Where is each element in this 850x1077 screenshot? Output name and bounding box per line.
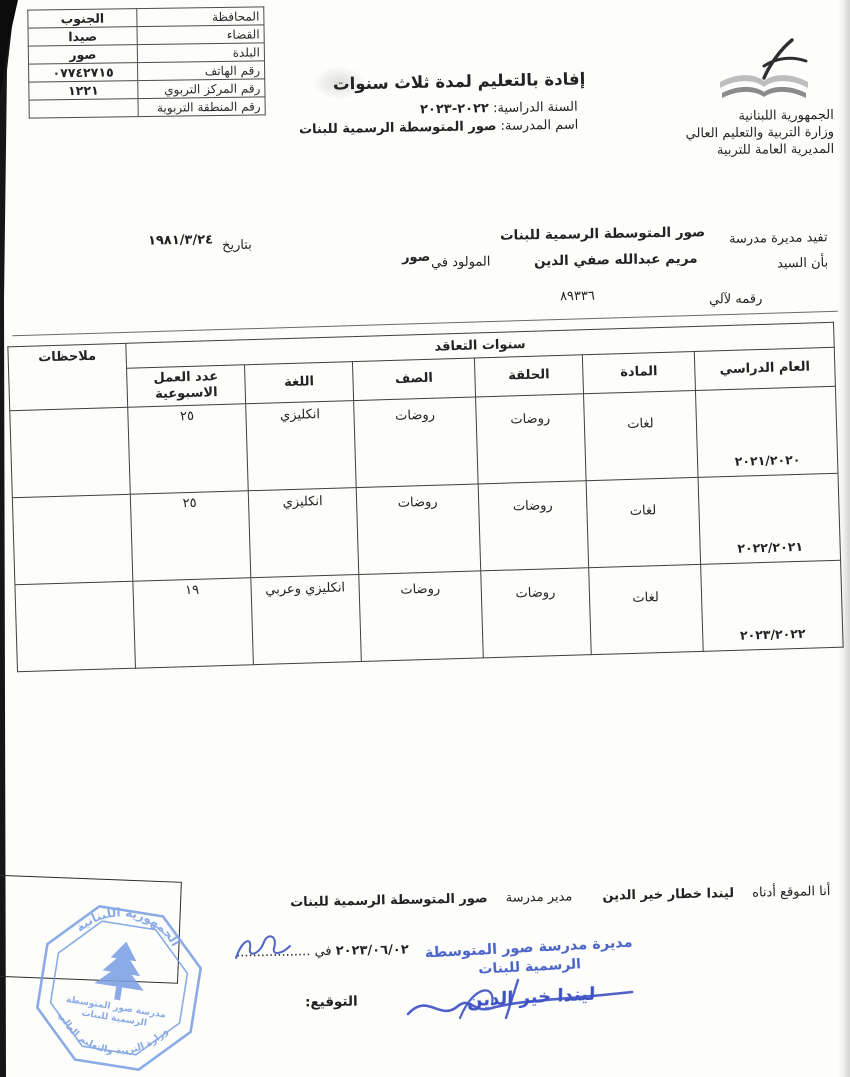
handwritten-place-scribble — [232, 928, 296, 968]
scanned-document-page: المحافظة الجنوب القضاء صيدا البلدة صور ر… — [0, 0, 850, 1077]
ministry-header: الجمهورية اللبنانية وزارة التربية والتعل… — [614, 107, 835, 160]
col-weekly-hours: عدد العمل الاسبوعية — [127, 365, 246, 407]
cell-year: ٢٠٢١/٢٠٢٠ — [695, 386, 838, 477]
cell-grade: روضات — [359, 571, 484, 662]
school-name-label: اسم المدرسة: — [500, 118, 578, 134]
auto-number-label: رقمه لآلي — [709, 292, 763, 308]
cell-language: انكليزي وعربي — [251, 575, 362, 665]
declaration-role: مدير مدرسة — [505, 889, 572, 905]
cell-weekly-hours: ٢٥ — [128, 404, 249, 494]
cell-subject: لغات — [589, 564, 704, 654]
cell-notes — [10, 407, 131, 497]
cell-year: ٢٠٢٢/٢٠٢١ — [698, 473, 841, 564]
cell-notes — [12, 494, 133, 584]
region-label: المحافظة — [137, 7, 264, 27]
birthplace-value: صور — [402, 250, 430, 265]
cell-cycle: روضات — [476, 394, 587, 484]
region-info-table: المحافظة الجنوب القضاء صيدا البلدة صور ر… — [27, 6, 265, 118]
ministry-logo-icon — [712, 36, 817, 106]
region-value: ١٢٢١ — [29, 81, 138, 101]
declaration-director-name: ليندا خطار خير الدين — [602, 886, 734, 904]
school-year-value: ٢٠٢٢-٢٠٢٣ — [420, 101, 489, 117]
col-subject: المادة — [582, 351, 695, 393]
cell-notes — [15, 581, 136, 671]
declaration-line: أنا الموقع أدناه ليندا خطار خير الدين مد… — [290, 884, 831, 910]
cell-subject: لغات — [586, 477, 701, 567]
document-title: إفادة بالتعليم لمدة ثلاث سنوات — [333, 69, 586, 93]
col-year: العام الدراسي — [694, 347, 835, 390]
region-label: القضاء — [137, 25, 264, 45]
cell-cycle: روضات — [478, 481, 589, 571]
school-year-label: السنة الدراسية: — [493, 100, 578, 116]
declaration-prefix: أنا الموقع أدناه — [752, 884, 830, 901]
region-label: رقم المنطقة التربوية — [138, 97, 265, 117]
signature-label: التوقيع: — [305, 994, 358, 1011]
cell-year: ٢٠٢٣/٢٠٢٢ — [701, 560, 844, 651]
ministry-line-3: المديرية العامة للتربية — [614, 141, 834, 160]
col-cycle: الحلقة — [474, 355, 583, 397]
school-name-line: اسم المدرسة: صور المتوسطة الرسمية للبنات — [299, 118, 579, 138]
region-value: الجنوب — [28, 9, 137, 29]
octagon-ministry-stamp: الجمهورية اللبنانية وزارة التربية والتعل… — [24, 903, 214, 1077]
handwritten-signature-scribble — [400, 972, 650, 1026]
region-value: صيدا — [28, 27, 137, 47]
cell-cycle: روضات — [481, 568, 592, 658]
contract-table: سنوات التعاقد ملاحظات العام الدراسي الما… — [7, 322, 843, 672]
cell-weekly-hours: ٢٥ — [130, 491, 251, 581]
region-label: البلدة — [137, 43, 264, 63]
born-in-label: المولود في — [430, 254, 490, 270]
col-notes: ملاحظات — [8, 343, 128, 410]
school-name-value: صور المتوسطة الرسمية للبنات — [299, 119, 497, 137]
certifies-label: تفيد مديرة مدرسة — [729, 230, 828, 247]
region-value — [29, 99, 138, 119]
statement-school-name: صور المتوسطة الرسمية للبنات — [500, 224, 705, 244]
col-language: اللغة — [245, 362, 354, 404]
birth-date-value: ١٩٨١/٣/٢٤ — [148, 232, 213, 248]
region-value: ٠٧٧٤٢٧١٥ — [29, 63, 138, 83]
cell-weekly-hours: ١٩ — [133, 578, 254, 668]
auto-number-value: ٨٩٣٣٦ — [560, 289, 595, 305]
cell-language: انكليزي — [248, 488, 359, 578]
birth-date-label: بتاريخ — [222, 238, 252, 254]
in-label: في — [314, 944, 331, 959]
person-name: مريم عبدالله صفي الدين — [534, 251, 698, 270]
declaration-school-name: صور المتوسطة الرسمية للبنات — [290, 891, 488, 910]
contract-table-wrap: سنوات التعاقد ملاحظات العام الدراسي الما… — [7, 322, 843, 672]
col-grade: الصف — [352, 358, 475, 401]
that-label: بأن السيد — [777, 256, 828, 272]
cell-language: انكليزي — [246, 401, 357, 491]
region-value: صور — [28, 45, 137, 65]
region-row: رقم المنطقة التربوية — [29, 97, 265, 118]
school-year-line: السنة الدراسية: ٢٠٢٢-٢٠٢٣ — [420, 100, 578, 118]
cell-grade: روضات — [356, 484, 481, 575]
cell-grade: روضات — [354, 397, 479, 488]
region-label: رقم المركز التربوي — [138, 79, 265, 99]
cell-subject: لغات — [584, 390, 699, 480]
region-label: رقم الهاتف — [138, 61, 265, 81]
